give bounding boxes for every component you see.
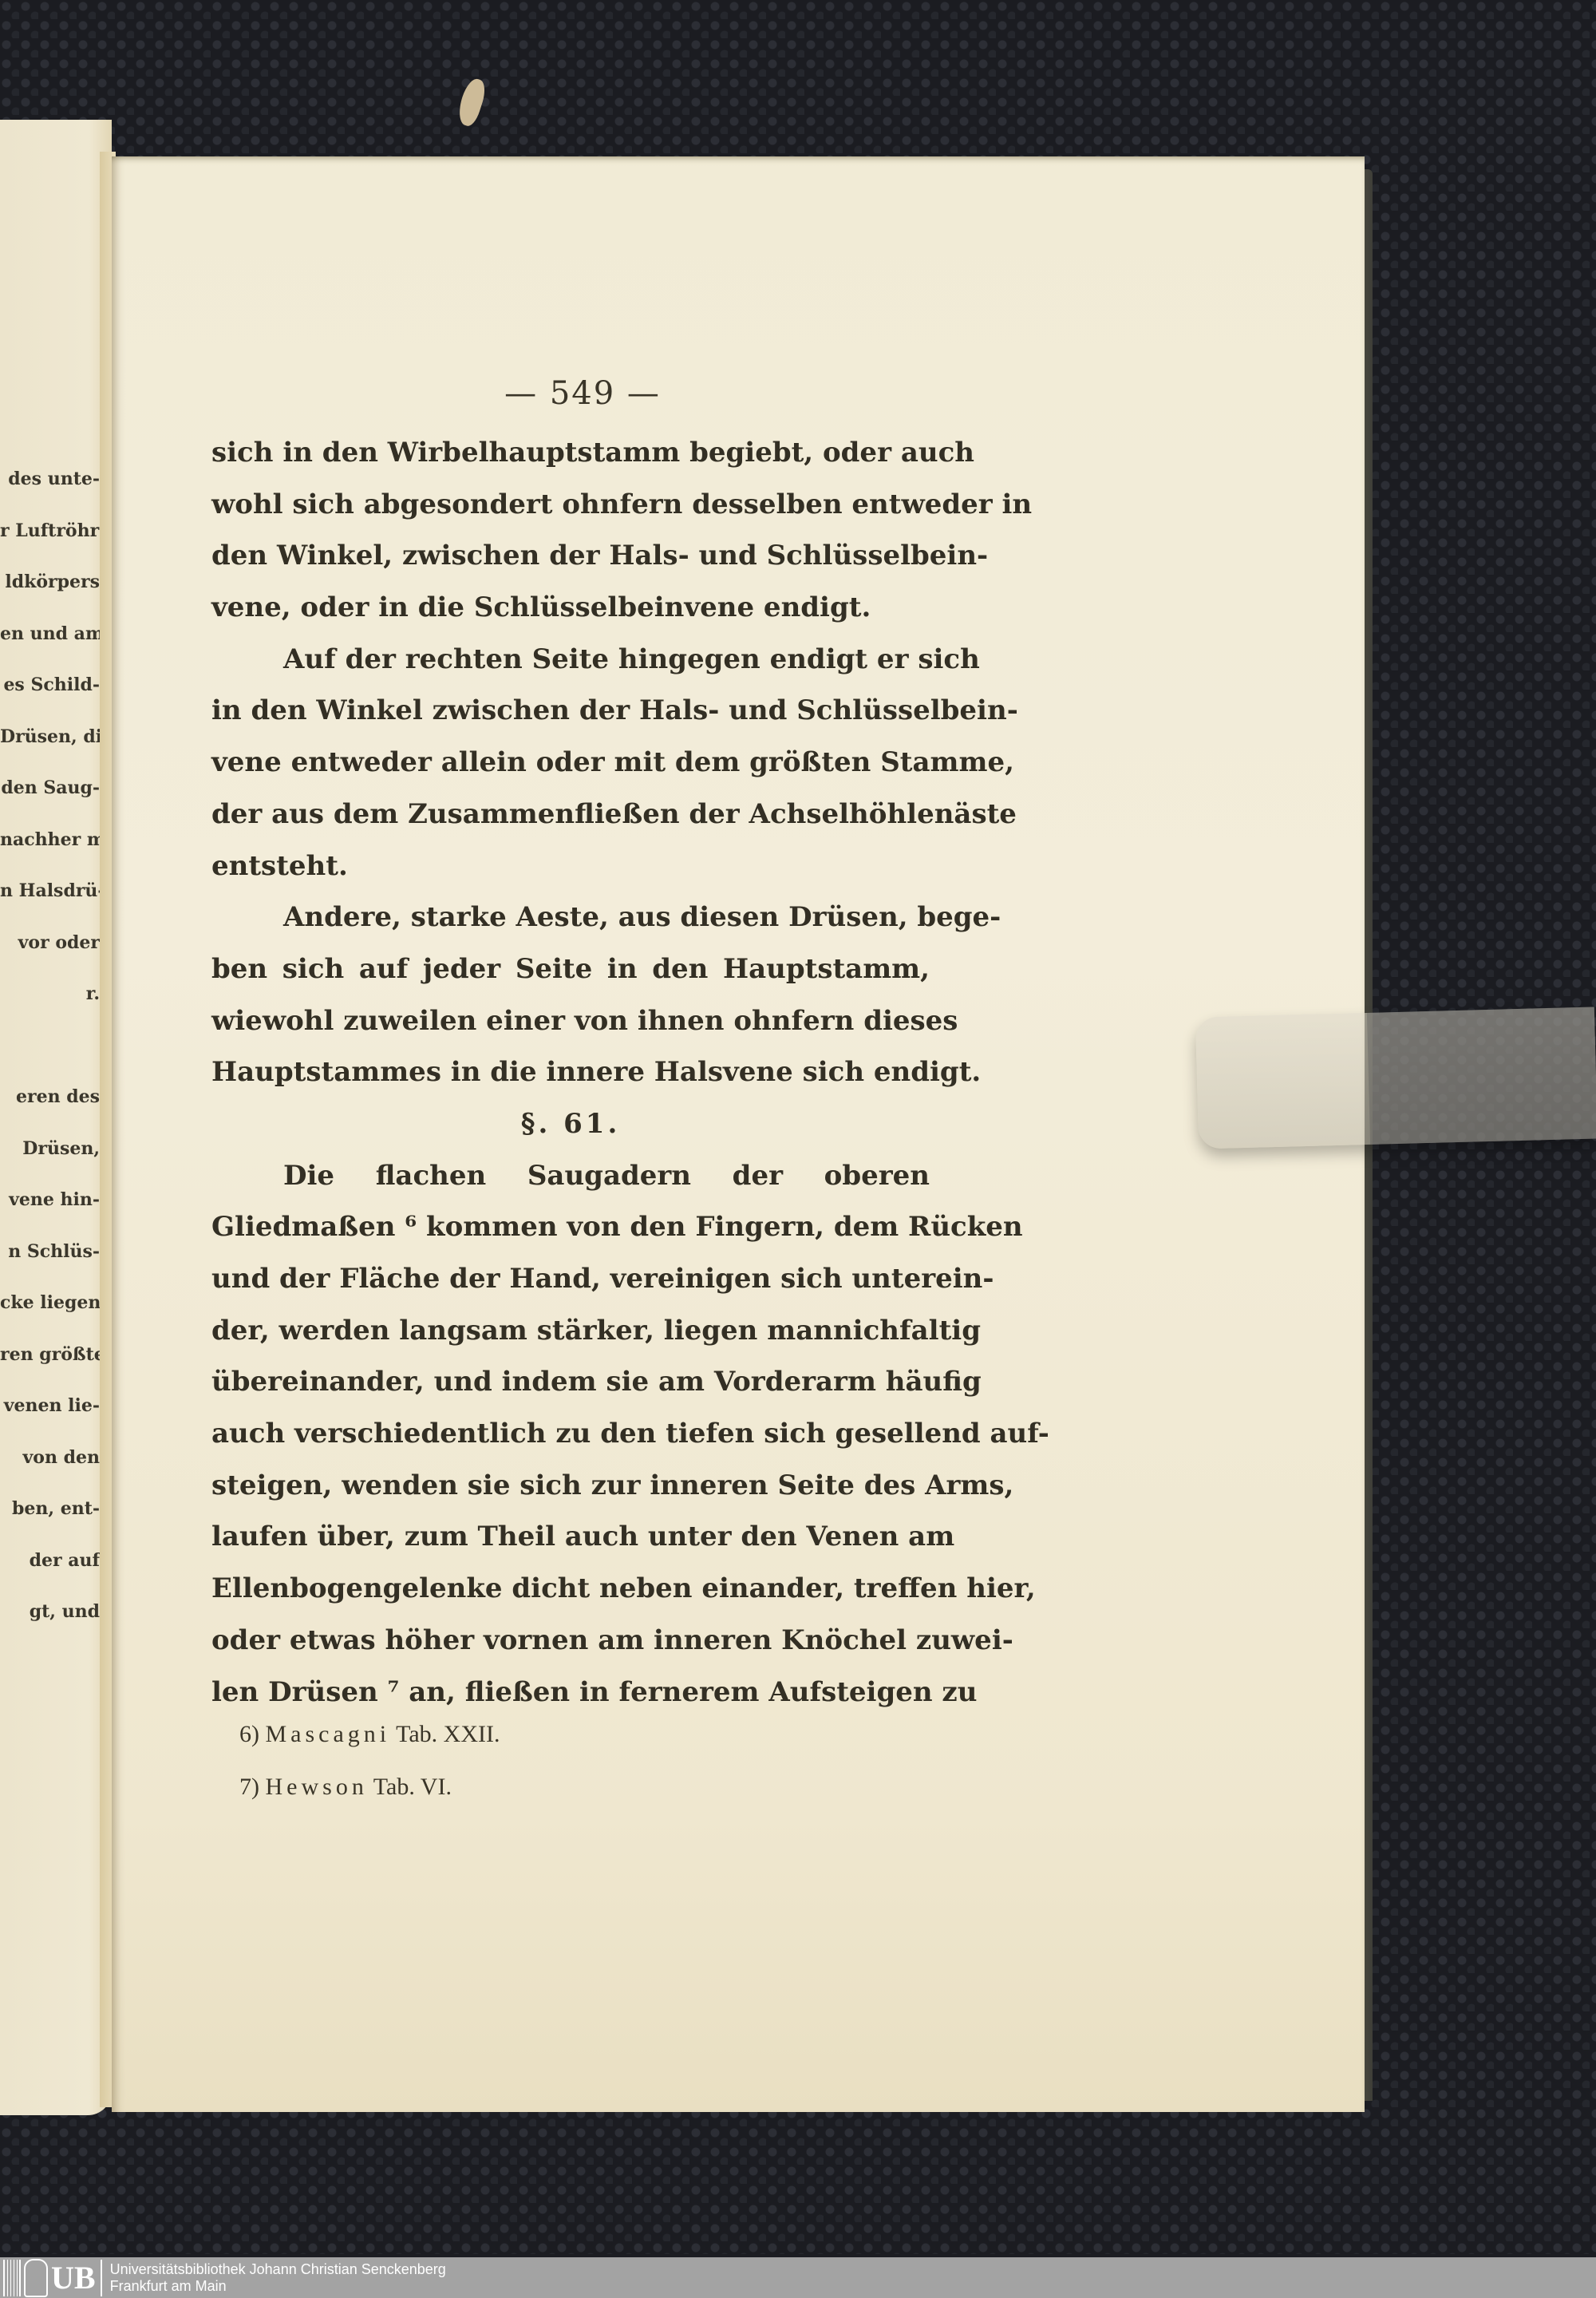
left-page-line-fragment: von den <box>0 1432 100 1484</box>
library-footer-bar: UB Universitätsbibliothek Johann Christi… <box>0 2257 1596 2298</box>
left-page-line-fragment: venen lie- <box>0 1380 100 1432</box>
footer-institution-text: Universitätsbibliothek Johann Christian … <box>110 2261 446 2295</box>
footnote-7: 7) Hewson Tab. VI. <box>239 1761 500 1813</box>
text-line: steigen, wenden sie sich zur inneren Sei… <box>211 1460 930 1512</box>
left-page-line-fragment: Drüsen, die <box>0 711 100 763</box>
left-page-line-fragment: vene hin- <box>0 1174 100 1226</box>
text-line: vene entweder allein oder mit dem größte… <box>211 737 930 789</box>
text-line: laufen über, zum Theil auch unter den Ve… <box>211 1511 930 1563</box>
text-line: wohl sich abgesondert ohnfern desselben … <box>211 479 930 531</box>
text-line: Hauptstammes in die innere Halsvene sich… <box>211 1046 930 1098</box>
text-line: Die flachen Saugadern der oberen <box>211 1150 930 1202</box>
left-page-line-fragment: ren größte <box>0 1329 100 1381</box>
left-page-line-fragment: nachher mit <box>0 814 100 866</box>
glass-page-weight <box>1195 1007 1596 1149</box>
left-page-line-fragment <box>0 1020 100 1072</box>
left-page-text-fragments: des unte-r Luftröhreldkörpersen und ames… <box>0 453 100 1638</box>
footnote-author: Hewson <box>266 1774 368 1800</box>
left-page-line-fragment: Drüsen, <box>0 1123 100 1175</box>
footnote-marker: 6) <box>239 1721 259 1747</box>
text-line: vene, oder in die Schlüsselbeinvene endi… <box>211 582 930 634</box>
text-line: den Winkel, zwischen der Hals- und Schlü… <box>211 530 930 582</box>
section-heading: §. 61. <box>211 1098 930 1150</box>
text-line: Ellenbogengelenke dicht neben einander, … <box>211 1563 930 1615</box>
logo-ub-text: UB <box>51 2260 102 2296</box>
footnote-author: Mascagni <box>266 1721 391 1747</box>
left-page-line-fragment: des unte- <box>0 453 100 505</box>
left-page-line-fragment: ben, ent- <box>0 1483 100 1535</box>
left-page-line-fragment: ldkörpers <box>0 556 100 608</box>
body-text: sich in den Wirbelhauptstamm begiebt, od… <box>211 427 930 1718</box>
left-page-line-fragment: der auf <box>0 1535 100 1587</box>
left-page-line-fragment: gt, und <box>0 1586 100 1638</box>
institution-city: Frankfurt am Main <box>110 2278 446 2295</box>
left-page-line-fragment: n Halsdrü- <box>0 865 100 917</box>
left-page-line-fragment: eren des <box>0 1071 100 1123</box>
text-line: Andere, starke Aeste, aus diesen Drüsen,… <box>211 892 930 943</box>
logo-book-lines-icon <box>3 2260 21 2296</box>
left-page-line-fragment: r. <box>0 968 100 1020</box>
left-page-line-fragment: den Saug- <box>0 762 100 814</box>
left-page-line-fragment: cke liegen. <box>0 1277 100 1329</box>
library-logo: UB <box>3 2257 102 2298</box>
text-line: Auf der rechten Seite hingegen endigt er… <box>211 634 930 686</box>
text-line: entsteht. <box>211 840 930 892</box>
institution-name: Universitätsbibliothek Johann Christian … <box>110 2261 446 2278</box>
text-line: und der Fläche der Hand, vereinigen sich… <box>211 1253 930 1305</box>
left-page-line-fragment: es Schild- <box>0 659 100 711</box>
text-line: Gliedmaßen ⁶ kommen von den Fingern, dem… <box>211 1201 930 1253</box>
text-line: auch verschiedentlich zu den tiefen sich… <box>211 1408 930 1460</box>
left-page-line-fragment: r Luftröhre <box>0 505 100 557</box>
footnote-reference: Tab. VI. <box>373 1774 452 1800</box>
logo-portrait-icon <box>24 2259 48 2297</box>
text-line: der aus dem Zusammenfließen der Achselhö… <box>211 789 930 840</box>
footnote-6: 6) Mascagni Tab. XXII. <box>239 1708 500 1761</box>
left-page-line-fragment: en und am <box>0 608 100 660</box>
text-line: in den Winkel zwischen der Hals- und Sch… <box>211 685 930 737</box>
footnote-reference: Tab. XXII. <box>396 1721 500 1747</box>
footnotes: 6) Mascagni Tab. XXII. 7) Hewson Tab. VI… <box>239 1708 500 1813</box>
text-line: sich in den Wirbelhauptstamm begiebt, od… <box>211 427 930 479</box>
text-line: ben sich auf jeder Seite in den Hauptsta… <box>211 943 930 995</box>
page-number: — 549 — <box>479 375 686 412</box>
text-line: wiewohl zuweilen einer von ihnen ohnfern… <box>211 995 930 1047</box>
left-page-line-fragment: vor oder <box>0 917 100 969</box>
text-line: oder etwas höher vornen am inneren Knöch… <box>211 1615 930 1667</box>
left-page-line-fragment: n Schlüs- <box>0 1226 100 1278</box>
text-line: übereinander, und indem sie am Vorderarm… <box>211 1356 930 1408</box>
footnote-marker: 7) <box>239 1774 259 1800</box>
text-line: der, werden langsam stärker, liegen mann… <box>211 1305 930 1357</box>
